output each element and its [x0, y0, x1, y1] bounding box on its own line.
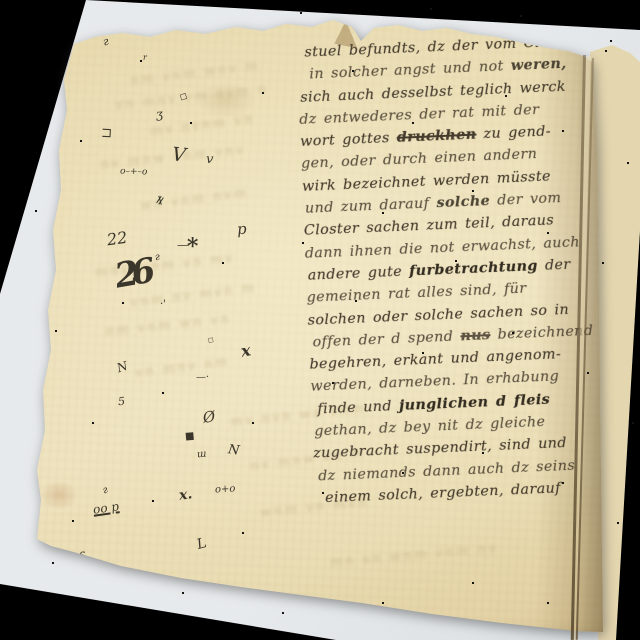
photo-scene: nm vnm wnv mvn mnv vm nvm nmv nvnm vnnv …: [0, 0, 640, 640]
manuscript-page-wrap: nm vnm wnv mvn mnv vm nvm nmv nvnm vnnv …: [0, 0, 640, 640]
manuscript-page: nm vnm wnv mvn mnv vm nvm nmv nvnm vnnv …: [0, 0, 640, 640]
paper-stain: [90, 580, 210, 616]
photo-vignette: [0, 0, 640, 640]
